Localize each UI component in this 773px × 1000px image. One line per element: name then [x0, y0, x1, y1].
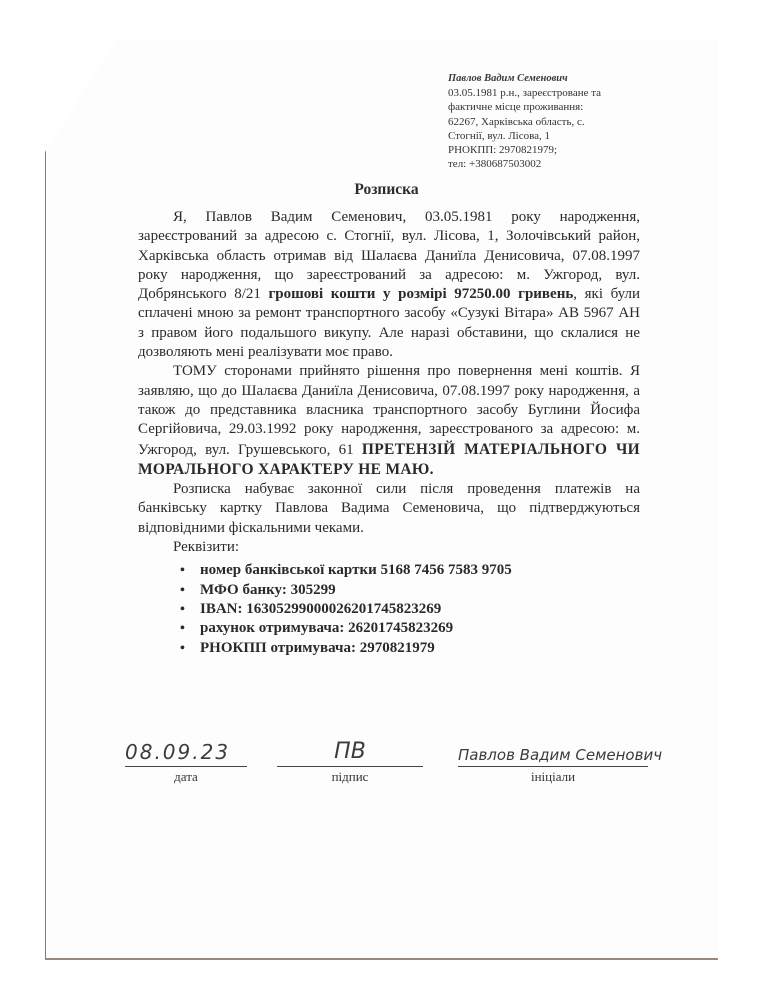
initials-label: ініціали	[458, 769, 648, 785]
paragraph-2: ТОМУ сторонами прийнято рішення про пове…	[138, 362, 640, 480]
date-label: дата	[125, 769, 247, 785]
paragraph-1: Я, Павлов Вадим Семенович, 03.05.1981 ро…	[138, 208, 640, 362]
signature-row: 08.09.23 дата ПВ підпис Павлов Вадим Сем…	[0, 730, 773, 790]
signature-field: ПВ підпис	[277, 730, 423, 767]
date-handwritten: 08.09.23	[125, 740, 247, 764]
sender-name: Павлов Вадим Семенович	[448, 72, 648, 86]
requisite-item: номер банківської картки 5168 7456 7583 …	[200, 561, 640, 580]
sender-info-block: Павлов Вадим Семенович 03.05.1981 р.н., …	[448, 72, 648, 171]
initials-handwritten: Павлов Вадим Семенович	[458, 746, 648, 764]
signature-label: підпис	[277, 769, 423, 785]
requisites-label: Реквізити:	[138, 538, 640, 557]
sender-line: тел: +380687503002	[448, 157, 648, 171]
sender-line: фактичне місце проживання:	[448, 100, 648, 114]
document-title: Розписка	[0, 181, 773, 199]
requisite-item: МФО банку: 305299	[200, 581, 640, 600]
document-body: Я, Павлов Вадим Семенович, 03.05.1981 ро…	[138, 208, 640, 658]
requisite-item: РНОКПП отримувача: 2970821979	[200, 639, 640, 658]
sender-line: 03.05.1981 р.н., зареєстроване та	[448, 86, 648, 100]
date-field: 08.09.23 дата	[125, 730, 247, 767]
requisites-list: номер банківської картки 5168 7456 7583 …	[138, 561, 640, 657]
sender-line: Стогнії, вул. Лісова, 1	[448, 129, 648, 143]
requisite-item: рахунок отримувача: 26201745823269	[200, 619, 640, 638]
signature-handwritten: ПВ	[277, 739, 423, 764]
sender-line: 62267, Харківська область, с.	[448, 115, 648, 129]
requisite-item: IBAN: 16305299000026201745823269	[200, 600, 640, 619]
paragraph-3: Розписка набуває законної сили після про…	[138, 480, 640, 538]
initials-field: Павлов Вадим Семенович ініціали	[458, 730, 648, 767]
sender-line: РНОКПП: 2970821979;	[448, 143, 648, 157]
amount-text: грошові кошти у розмірі 97250.00 гривень	[268, 286, 573, 302]
